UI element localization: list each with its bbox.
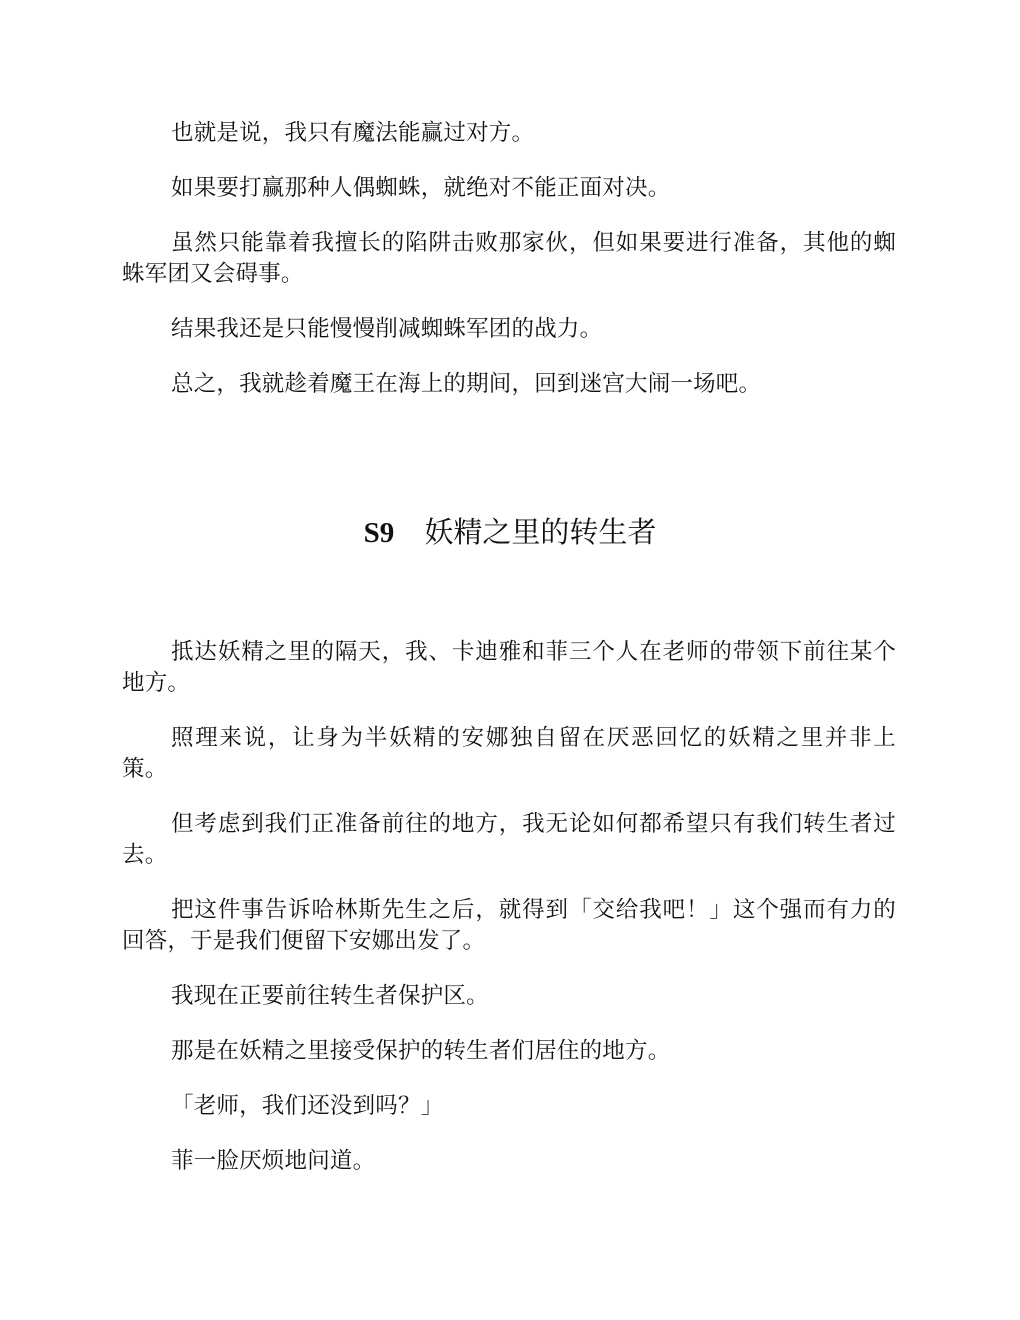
paragraph: 我现在正要前往转生者保护区。 [122,981,896,1012]
paragraph: 那是在妖精之里接受保护的转生者们居住的地方。 [122,1036,896,1067]
chapter-title: 妖精之里的转生者 [424,515,656,549]
paragraph: 把这件事告诉哈林斯先生之后，就得到「交给我吧！」这个强而有力的回答，于是我们便留… [122,895,896,957]
paragraph: 抵达妖精之里的隔天，我、卡迪雅和菲三个人在老师的带领下前往某个地方。 [122,637,896,699]
paragraph: 也就是说，我只有魔法能赢过对方。 [122,118,896,149]
paragraph: 菲一脸厌烦地问道。 [122,1146,896,1177]
section-chapter-text: 抵达妖精之里的隔天，我、卡迪雅和菲三个人在老师的带领下前往某个地方。 照理来说，… [122,637,896,1201]
chapter-number: S9 [364,517,395,549]
paragraph: 虽然只能靠着我擅长的陷阱击败那家伙，但如果要进行准备，其他的蜘蛛军团又会碍事。 [122,228,896,290]
paragraph: 「老师，我们还没到吗？」 [122,1091,896,1122]
section-previous-text: 也就是说，我只有魔法能赢过对方。 如果要打赢那种人偶蜘蛛，就绝对不能正面对决。 … [122,118,896,424]
paragraph: 如果要打赢那种人偶蜘蛛，就绝对不能正面对决。 [122,173,896,204]
paragraph: 总之，我就趁着魔王在海上的期间，回到迷宫大闹一场吧。 [122,369,896,400]
paragraph: 但考虑到我们正准备前往的地方，我无论如何都希望只有我们转生者过去。 [122,809,896,871]
paragraph: 照理来说，让身为半妖精的安娜独自留在厌恶回忆的妖精之里并非上策。 [122,723,896,785]
chapter-heading: S9妖精之里的转生者 [0,512,1020,553]
paragraph: 结果我还是只能慢慢削减蜘蛛军团的战力。 [122,314,896,345]
